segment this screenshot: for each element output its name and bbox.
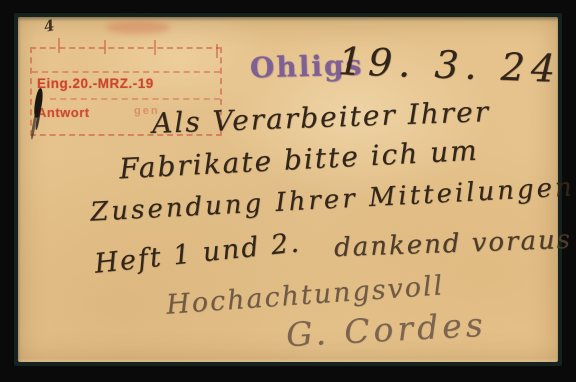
scanned-postcard-photo: 4 Eing.20.-MRZ.-19 Antwort gen Ohligs 19… xyxy=(0,0,576,382)
handwriting-line: dankend voraus xyxy=(334,225,573,263)
stamp-divider xyxy=(32,71,220,73)
handwriting-line: Heft 1 und 2. xyxy=(93,227,302,279)
stray-pen-mark: 4 xyxy=(42,16,56,36)
handwritten-date: 19. 3. 24 xyxy=(337,39,562,91)
stamp-antwort-label: Antwort xyxy=(37,105,90,120)
handwriting-line: Fabrikate bitte ich um xyxy=(118,134,479,186)
signature: G. Cordes xyxy=(285,305,487,354)
postcard: 4 Eing.20.-MRZ.-19 Antwort gen Ohligs 19… xyxy=(18,17,558,362)
stamp-divider xyxy=(50,98,220,100)
stamp-received-date-line: Eing.20.-MRZ.-19 xyxy=(37,76,154,91)
red-ink-smudge xyxy=(106,21,170,34)
